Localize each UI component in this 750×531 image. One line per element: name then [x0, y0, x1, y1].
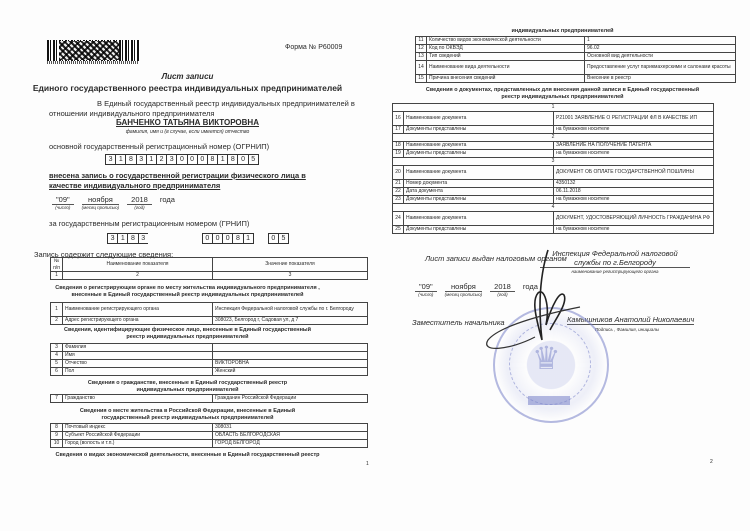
row-name: Документы представлены [404, 126, 554, 134]
row-name: Субъект Российской Федерации [63, 432, 213, 440]
digit: 8 [127, 233, 137, 244]
row-num: 21 [393, 180, 404, 188]
table-row: 4Имя [51, 352, 368, 360]
date-year: 2018 [490, 282, 515, 292]
identity-table: 3Фамилия 4Имя 5ОтчествоВИКТОРОВНА 6ПолЖе… [50, 343, 368, 376]
redacted-digits [148, 233, 202, 242]
section-title-citizenship: Сведения о гражданстве, внесенные в Един… [0, 380, 375, 394]
digit: 0 [268, 233, 278, 244]
digit: 0 [197, 154, 207, 165]
signer-caption: Подпись , Фамилия, инициалы [595, 327, 659, 332]
row-value: 96.02 [585, 45, 736, 53]
date-suffix: года [523, 282, 538, 291]
date-month: ноября [82, 195, 119, 205]
entrepreneur-name: БАНЧЕНКО ТАТЬЯНА ВИКТОРОВНА [0, 118, 375, 127]
intro-text-line2: отношении индивидуального предпринимател… [49, 109, 215, 118]
digit: 1 [243, 233, 254, 244]
grnip-label: за государственным регистрационным номер… [49, 219, 249, 228]
row-name: Адрес регистрирующего органа [63, 317, 213, 325]
row-num: 18 [393, 142, 404, 150]
row-name: Документы представлены [404, 196, 554, 204]
row-name: Наименование регистрирующего органа [63, 303, 213, 317]
row-num: 7 [51, 395, 63, 403]
page-1: Форма № Р60009 Лист записи Единого госуд… [0, 0, 375, 531]
digit: 3 [166, 154, 176, 165]
row-name: Дата документа [404, 188, 554, 196]
row-name: Имя [63, 352, 213, 360]
digit: 1 [217, 154, 227, 165]
row-value: Гражданин Российской Федерации [213, 395, 368, 403]
row-num: 14 [416, 61, 427, 75]
registering-org-table: 1 Наименование регистрирующего органа Ин… [50, 302, 368, 325]
table-row: 1 Наименование регистрирующего органа Ин… [51, 303, 368, 317]
row-name: Наименование документа [404, 212, 554, 226]
row-value: Основной вид деятельности [585, 53, 736, 61]
row-value: Инспекция Федеральной налоговой службы п… [213, 303, 368, 317]
row-name: Наименование документа [404, 112, 554, 126]
table-row: 2 Адрес регистрирующего органа 308023, Б… [51, 317, 368, 325]
row-value: Женский [213, 368, 368, 376]
table-row: 14Наименование вида деятельностиПредоста… [416, 61, 736, 75]
page-number: 1 [366, 461, 369, 467]
row-num: 8 [51, 424, 63, 432]
col-num-header: № п/п [51, 258, 63, 272]
row-num: 9 [51, 432, 63, 440]
entrepreneur-name-caption: фамилия, имя и (в случае, если имеется) … [0, 129, 375, 135]
row-name: Наименование документа [404, 142, 554, 150]
row-name: Причина внесения сведений [427, 75, 585, 83]
row-value: ГОРОД БЕЛГОРОД [213, 440, 368, 448]
row-name: Документы представлены [404, 150, 554, 158]
issuing-org-name: Инспекция Федеральной налоговой службы п… [540, 249, 690, 268]
row-name: Фамилия [63, 344, 213, 352]
date-year-caption: (год) [127, 205, 152, 210]
group-row: 4 [393, 204, 714, 212]
signer-title: Заместитель начальника [412, 318, 505, 327]
col-name-header: Наименование показателя [63, 258, 213, 272]
digit: 0 [222, 233, 232, 244]
date-day: "09" [415, 282, 437, 292]
row-name: Отчество [63, 360, 213, 368]
header-table: № п/п Наименование показателя Значение п… [50, 257, 368, 280]
row-value: 308023, Белгород г, Садовая ул, д 7 [213, 317, 368, 325]
row-name: Количество видов экономической деятельно… [427, 37, 585, 45]
digit: 8 [207, 154, 217, 165]
section-title-registering-org: Сведения о регистрирующем органе по мест… [0, 285, 375, 299]
row-name: Документы представлены [404, 226, 554, 234]
index-cell: 2 [63, 272, 213, 280]
document-title: Лист записи [0, 72, 375, 81]
digit: 1 [146, 154, 156, 165]
page-number: 2 [710, 459, 713, 465]
row-num: 2 [51, 317, 63, 325]
digit: 5 [278, 233, 289, 244]
row-value: ВИКТОРОВНА [213, 360, 368, 368]
row-value-redacted [213, 344, 368, 352]
row-num: 5 [51, 360, 63, 368]
form-number: Форма № Р60009 [285, 44, 342, 51]
digit: 0 [212, 233, 222, 244]
row-num: 1 [51, 303, 63, 317]
page-2: индивидуальных предпринимателей 11Количе… [375, 0, 750, 531]
row-name: Город (волость и т.п.) [63, 440, 213, 448]
row-num: 25 [393, 226, 404, 234]
barcode-icon [47, 40, 139, 65]
grnip-number: 3 1 8 3 0 0 0 8 1 0 5 [107, 233, 289, 243]
table-row: 25Документы представленына бумажном носи… [393, 226, 714, 234]
row-num: 13 [416, 53, 427, 61]
section-title-residence: Сведения о месте жительства в Российской… [0, 408, 375, 422]
table-row: 5ОтчествоВИКТОРОВНА [51, 360, 368, 368]
row-value: на бумажном носителе [554, 126, 714, 134]
digit: 8 [232, 233, 242, 244]
digit: 2 [156, 154, 166, 165]
row-value-redacted [213, 352, 368, 360]
spacer [254, 233, 268, 242]
date-suffix: года [160, 195, 175, 204]
row-value: ЗАЯВЛЕНИЕ НА ПОЛУЧЕНИЕ ПАТЕНТА [554, 142, 714, 150]
issuing-org-caption: наименование регистрирующего органа [540, 269, 690, 274]
table-row: 12Код по ОКВЭД96.02 [416, 45, 736, 53]
row-name: Номер документа [404, 180, 554, 188]
digit: 1 [115, 154, 125, 165]
row-num: 19 [393, 150, 404, 158]
col-value-header: Значение показателя [213, 258, 368, 272]
row-value: на бумажном носителе [554, 150, 714, 158]
residence-table: 8Почтовый индекс308031 9Субъект Российск… [50, 423, 368, 448]
date-month: ноября [445, 282, 482, 292]
row-num: 24 [393, 212, 404, 226]
group-row: 2 [393, 134, 714, 142]
date-day-caption: (число) [52, 205, 74, 210]
row-value: ДОКУМЕНТ ОБ ОПЛАТЕ ГОСУДАРСТВЕННОЙ ПОШЛИ… [554, 166, 714, 180]
row-value: 06.11.2018 [554, 188, 714, 196]
row-num: 6 [51, 368, 63, 376]
table-row: 20Наименование документаДОКУМЕНТ ОБ ОПЛА… [393, 166, 714, 180]
row-value: ОБЛАСТЬ БЕЛГОРОДСКАЯ [213, 432, 368, 440]
row-num: 20 [393, 166, 404, 180]
row-name: Код по ОКВЭД [427, 45, 585, 53]
row-value: на бумажном носителе [554, 196, 714, 204]
date-day-caption: (число) [415, 292, 437, 297]
digit: 0 [176, 154, 186, 165]
row-value: Внесение в реестр [585, 75, 736, 83]
table-row: 19Документы представленына бумажном носи… [393, 150, 714, 158]
table-row: 21Номер документа4350132 [393, 180, 714, 188]
date-year: 2018 [127, 195, 152, 205]
section-title-documents: Сведения о документах, представленных дл… [375, 87, 750, 101]
group-number: 4 [393, 204, 714, 212]
table-row: 11Количество видов экономической деятель… [416, 37, 736, 45]
group-row: 1 [393, 104, 714, 112]
continued-section-title: индивидуальных предпринимателей [375, 28, 750, 35]
digit: 8 [125, 154, 135, 165]
section-title-identity: Сведения, идентифицирующие физическое ли… [0, 327, 375, 341]
table-row: 13Тип сведенийОсновной вид деятельности [416, 53, 736, 61]
row-value: 1 [585, 37, 736, 45]
row-num: 23 [393, 196, 404, 204]
row-name: Пол [63, 368, 213, 376]
row-value: Предоставление услуг парикмахерскими и с… [585, 61, 736, 75]
ogrnip-label: основной государственный регистрационный… [49, 142, 269, 151]
digit: 8 [227, 154, 237, 165]
official-seal-icon: ♛ [493, 307, 609, 423]
index-cell: 1 [51, 272, 63, 280]
table-row: 17Документы представленына бумажном носи… [393, 126, 714, 134]
digit: 5 [248, 154, 259, 165]
table-row: 15Причина внесения сведенийВнесение в ре… [416, 75, 736, 83]
table-row: 7ГражданствоГражданин Российской Федерац… [51, 395, 368, 403]
table-row: 16Наименование документаР21001 ЗАЯВЛЕНИЕ… [393, 112, 714, 126]
documents-table: 1 16Наименование документаР21001 ЗАЯВЛЕН… [392, 103, 714, 234]
entry-date: "09"(число) ноября(месяц прописью) 2018(… [52, 195, 175, 210]
group-number: 3 [393, 158, 714, 166]
group-row: 3 [393, 158, 714, 166]
row-value: Р21001 ЗАЯВЛЕНИЕ О РЕГИСТРАЦИИ ФЛ В КАЧЕ… [554, 112, 714, 126]
citizenship-table: 7ГражданствоГражданин Российской Федерац… [50, 394, 368, 403]
table-row: 9Субъект Российской ФедерацииОБЛАСТЬ БЕЛ… [51, 432, 368, 440]
row-num: 16 [393, 112, 404, 126]
row-num: 12 [416, 45, 427, 53]
entry-statement: внесена запись о государственной регистр… [49, 171, 339, 191]
digit: 0 [237, 154, 247, 165]
digit: 1 [117, 233, 127, 244]
digit: 3 [105, 154, 115, 165]
digit: 3 [107, 233, 117, 244]
row-value: на бумажном носителе [554, 226, 714, 234]
section-title-activities: Сведения о видах экономической деятельно… [0, 452, 375, 459]
table-row: 22Дата документа06.11.2018 [393, 188, 714, 196]
ogrnip-number: 3 1 8 3 1 2 3 0 0 0 8 1 8 0 5 [105, 154, 259, 164]
row-num: 11 [416, 37, 427, 45]
row-value: 308031 [213, 424, 368, 432]
date-month-caption: (месяц прописью) [445, 292, 482, 297]
digit: 3 [136, 154, 146, 165]
issue-date: "09"(число) ноября(месяц прописью) 2018(… [415, 282, 538, 297]
table-row: 18Наименование документаЗАЯВЛЕНИЕ НА ПОЛ… [393, 142, 714, 150]
row-name: Наименование вида деятельности [427, 61, 585, 75]
index-cell: 3 [213, 272, 368, 280]
row-value: ДОКУМЕНТ, УДОСТОВЕРЯЮЩИЙ ЛИЧНОСТЬ ГРАЖДА… [554, 212, 714, 226]
table-row: 6ПолЖенский [51, 368, 368, 376]
table-row: 23Документы представленына бумажном носи… [393, 196, 714, 204]
group-number: 1 [393, 104, 714, 112]
intro-text-line1: В Единый государственный реестр индивиду… [97, 99, 355, 108]
row-name: Почтовый индекс [63, 424, 213, 432]
row-num: 3 [51, 344, 63, 352]
row-name: Гражданство [63, 395, 213, 403]
table-row: 3Фамилия [51, 344, 368, 352]
document-subtitle: Единого государственного реестра индивид… [0, 83, 375, 93]
row-num: 17 [393, 126, 404, 134]
row-value: 4350132 [554, 180, 714, 188]
date-month-caption: (месяц прописью) [82, 205, 119, 210]
digit: 0 [202, 233, 212, 244]
row-name: Наименование документа [404, 166, 554, 180]
row-num: 15 [416, 75, 427, 83]
date-year-caption: (год) [490, 292, 515, 297]
digit: 0 [187, 154, 197, 165]
table-row: 24Наименование документаДОКУМЕНТ, УДОСТО… [393, 212, 714, 226]
row-num: 4 [51, 352, 63, 360]
activities-table: 11Количество видов экономической деятель… [415, 36, 736, 83]
row-num: 10 [51, 440, 63, 448]
group-number: 2 [393, 134, 714, 142]
table-row: 8Почтовый индекс308031 [51, 424, 368, 432]
row-num: 22 [393, 188, 404, 196]
row-name: Тип сведений [427, 53, 585, 61]
digit: 3 [138, 233, 148, 244]
date-day: "09" [52, 195, 74, 205]
table-row: 10Город (волость и т.п.)ГОРОД БЕЛГОРОД [51, 440, 368, 448]
